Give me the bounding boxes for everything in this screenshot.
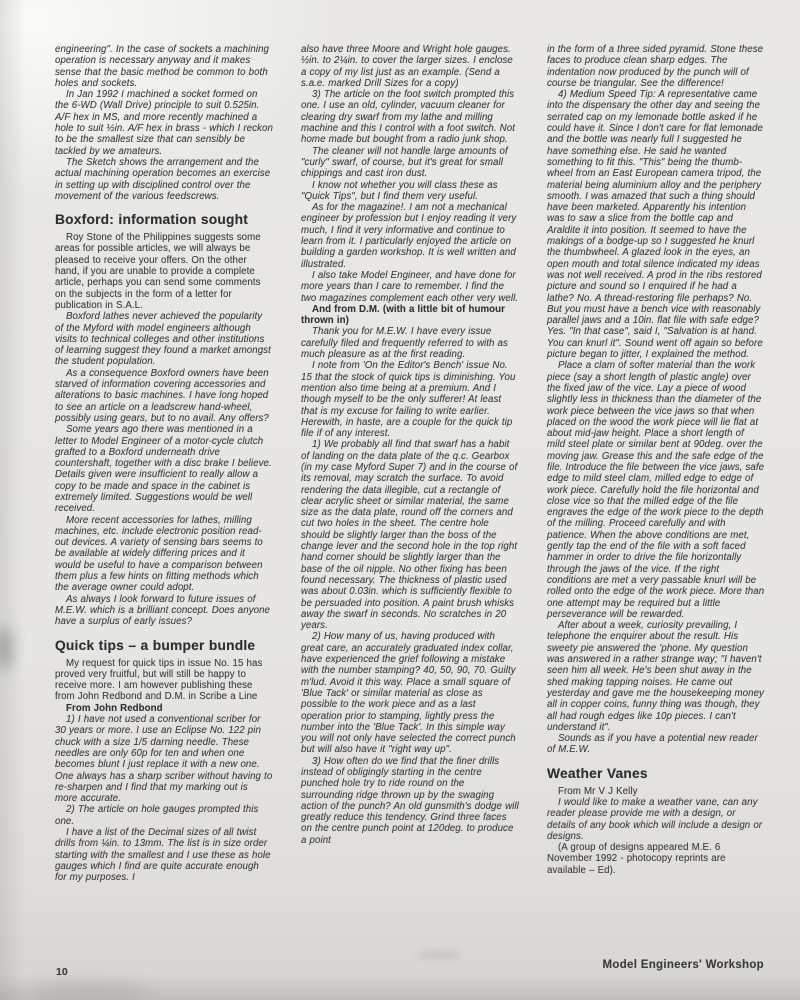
section-heading: Boxford: information sought xyxy=(55,212,273,227)
paragraph: I know not whether you will class these … xyxy=(301,180,519,203)
paragraph: From Mr V J Kelly xyxy=(547,786,765,797)
section-heading: Quick tips – a bumper bundle xyxy=(55,638,273,653)
paragraph: After about a week, curiosity prevailing… xyxy=(547,620,765,733)
scan-smudge-left xyxy=(0,626,12,670)
paragraph: Roy Stone of the Philippines suggests so… xyxy=(55,232,273,311)
paragraph: 3) How often do we find that the finer d… xyxy=(301,756,519,846)
page-number: 10 xyxy=(56,966,68,978)
column-2: also have three Moore and Wright hole ga… xyxy=(301,44,519,883)
paragraph: In Jan 1992 I machined a socket formed o… xyxy=(55,89,273,157)
paragraph: 2) How many of us, having produced with … xyxy=(301,631,519,755)
letter-subheading: And from D.M. (with a little bit of humo… xyxy=(301,304,519,327)
paragraph: Thank you for M.E.W. I have every issue … xyxy=(301,326,519,360)
paragraph: in the form of a three sided pyramid. St… xyxy=(547,44,765,89)
paragraph: 3) The article on the foot switch prompt… xyxy=(301,89,519,145)
magazine-title-footer: Model Engineers' Workshop xyxy=(603,959,764,971)
paragraph: 4) Medium Speed Tip: A representative ca… xyxy=(547,89,765,360)
paragraph: Boxford lathes never achieved the popula… xyxy=(55,311,273,367)
paragraph: 2) The article on hole gauges prompted t… xyxy=(55,804,273,827)
magazine-page: engineering". In the case of sockets a m… xyxy=(0,0,800,1000)
scan-edge-shadow-left xyxy=(0,0,26,1000)
letter-subheading: From John Redbond xyxy=(55,703,273,714)
paragraph: Some years ago there was mentioned in a … xyxy=(55,424,273,514)
paragraph: My request for quick tips in issue No. 1… xyxy=(55,658,273,703)
scan-smudge-bottom-left xyxy=(30,984,150,998)
column-1: engineering". In the case of sockets a m… xyxy=(55,44,273,883)
paragraph: also have three Moore and Wright hole ga… xyxy=(301,44,519,89)
paragraph: The Sketch shows the arrangement and the… xyxy=(55,157,273,202)
paragraph: Sounds as if you have a potential new re… xyxy=(547,733,765,756)
scan-smudge-middle xyxy=(416,952,462,958)
paragraph: The cleaner will not handle large amount… xyxy=(301,146,519,180)
paragraph: (A group of designs appeared M.E. 6 Nove… xyxy=(547,842,765,876)
paragraph: Place a clam of softer material than the… xyxy=(547,360,765,620)
paragraph: engineering". In the case of sockets a m… xyxy=(55,44,273,89)
paragraph: As always I look forward to future issue… xyxy=(55,594,273,628)
paragraph: 1) I have not used a conventional scribe… xyxy=(55,714,273,804)
paragraph: 1) We probably all find that swarf has a… xyxy=(301,439,519,631)
paragraph: As for the magazine!. I am not a mechani… xyxy=(301,202,519,270)
paragraph: As a consequence Boxford owners have bee… xyxy=(55,368,273,424)
section-heading: Weather Vanes xyxy=(547,766,765,781)
paragraph: I have a list of the Decimal sizes of al… xyxy=(55,827,273,883)
paragraph: I note from 'On the Editor's Bench' issu… xyxy=(301,360,519,439)
paragraph: I would like to make a weather vane, can… xyxy=(547,797,765,842)
text-columns: engineering". In the case of sockets a m… xyxy=(55,44,767,883)
paragraph: More recent accessories for lathes, mill… xyxy=(55,515,273,594)
column-3: in the form of a three sided pyramid. St… xyxy=(547,44,765,883)
paragraph: I also take Model Engineer, and have don… xyxy=(301,270,519,304)
